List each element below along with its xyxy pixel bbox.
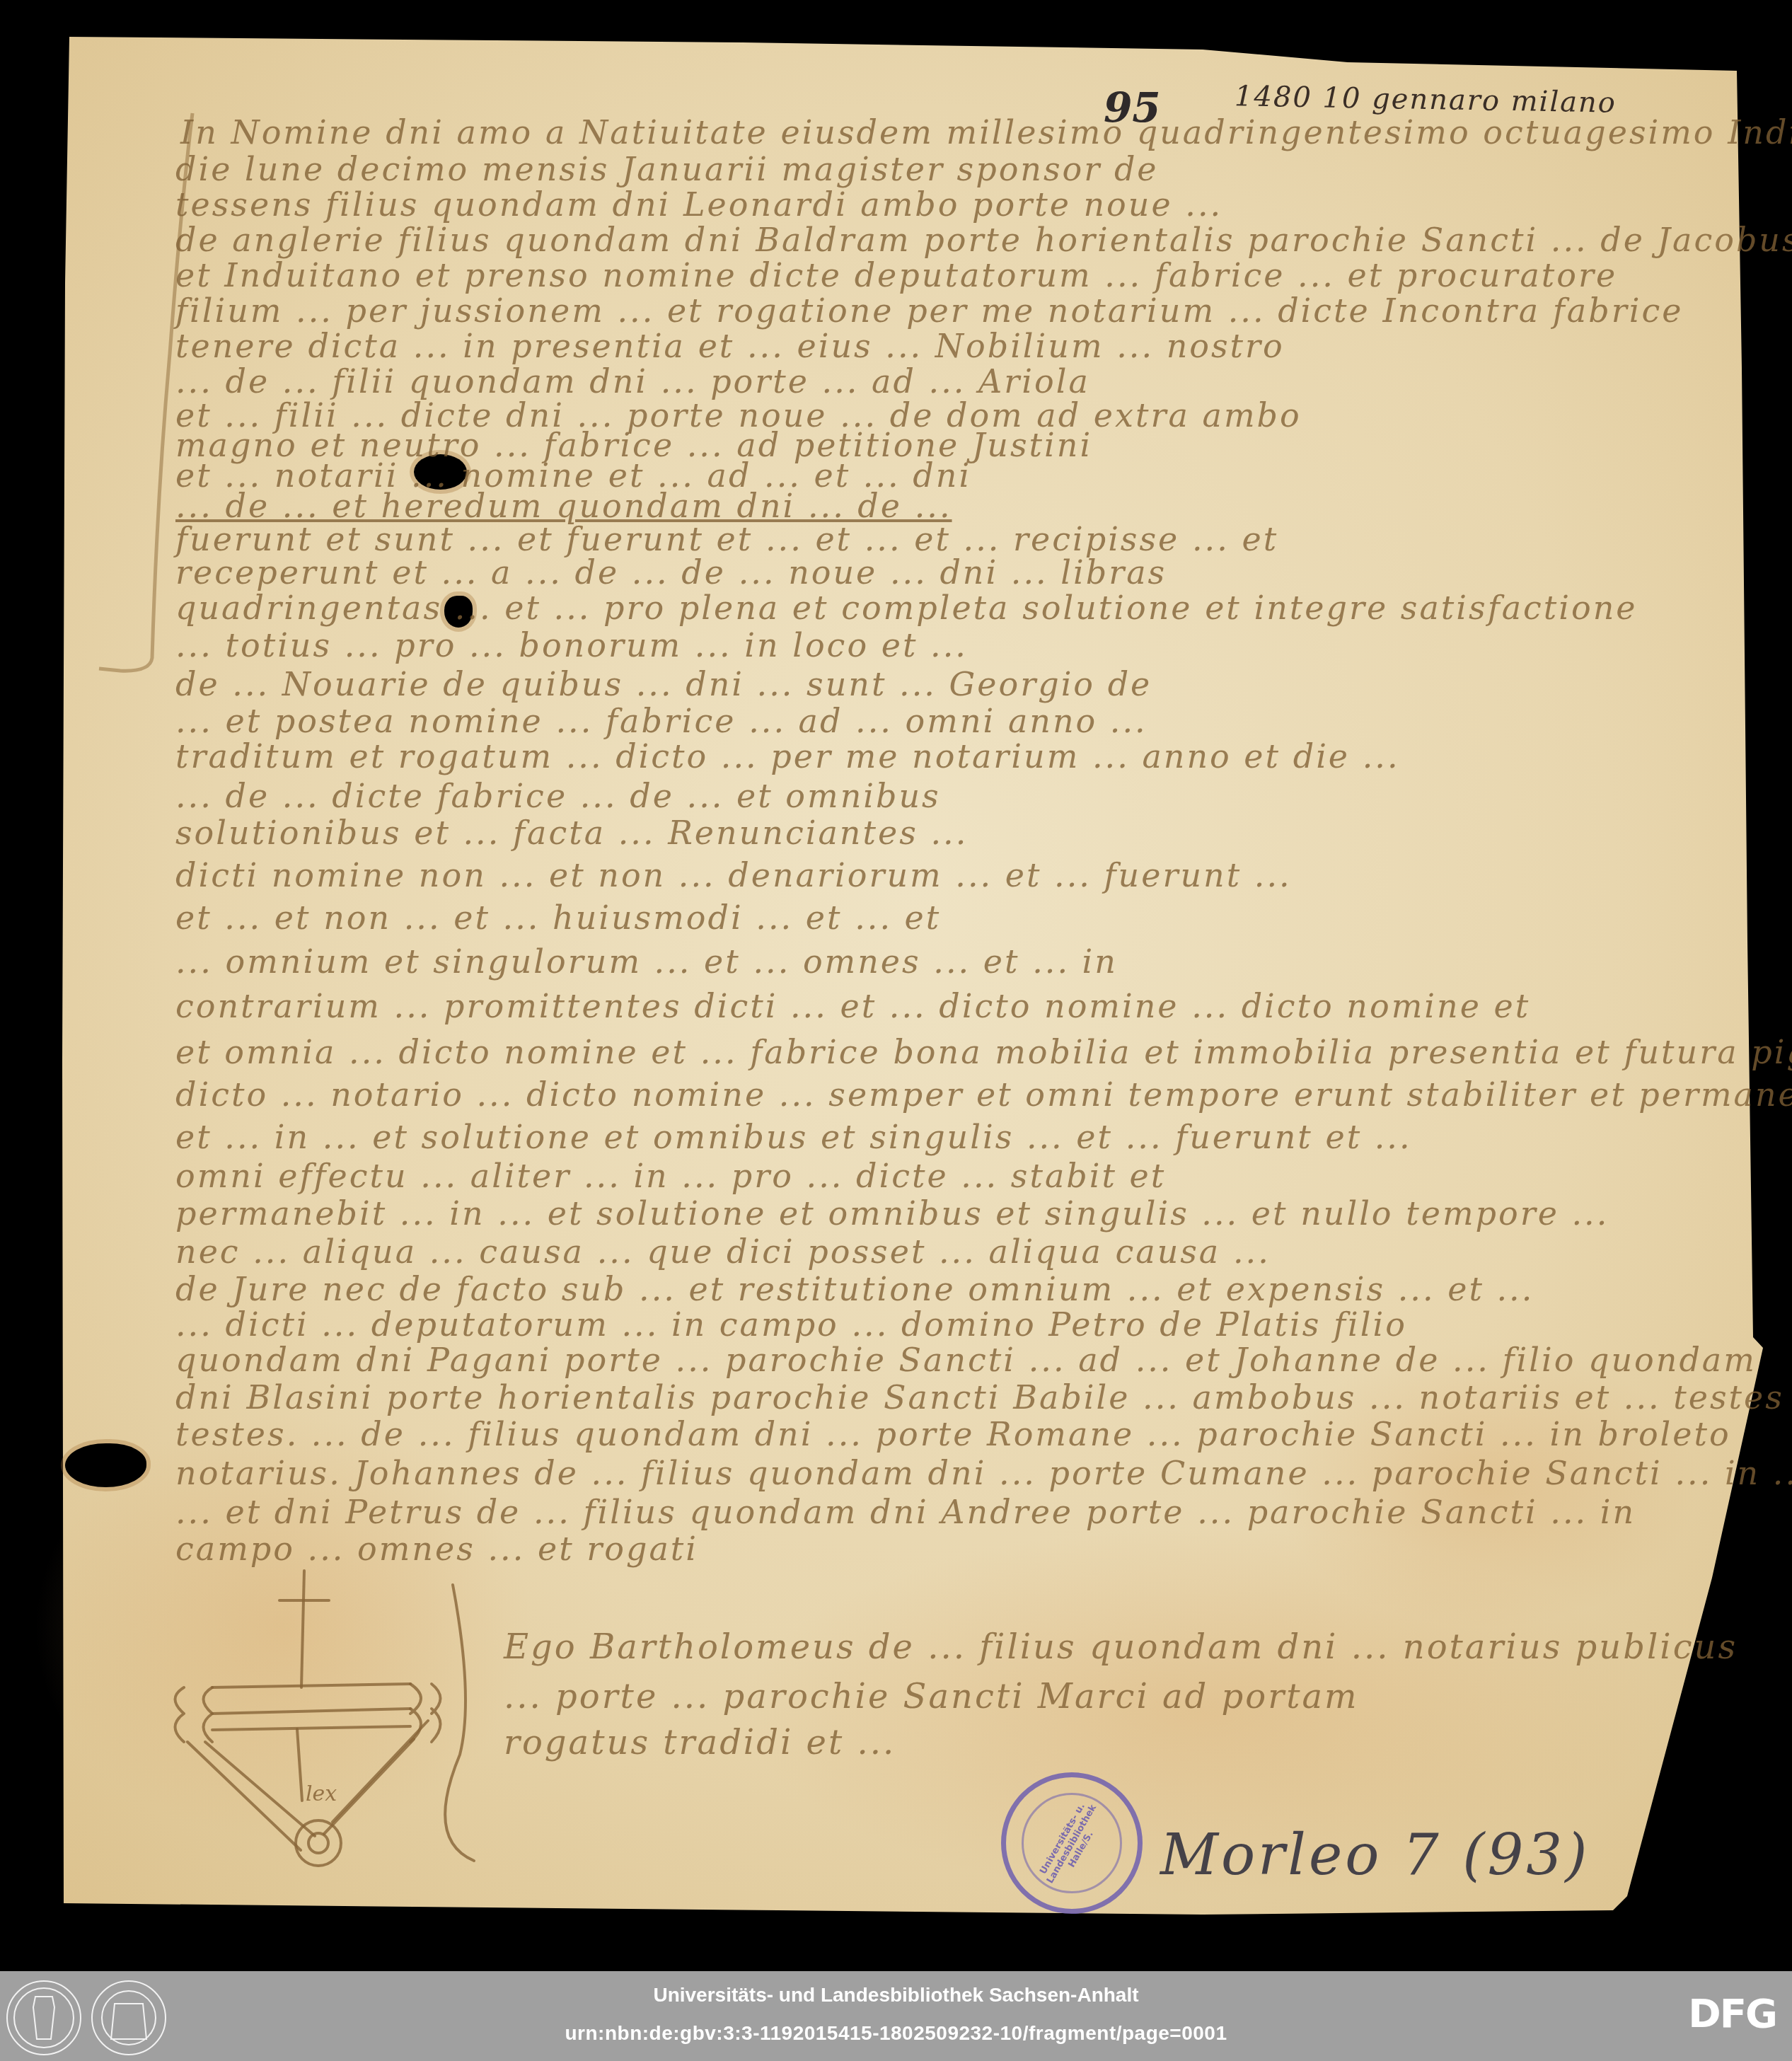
footer-bar: Universitäts- und Landesbibliothek Sachs… (0, 1971, 1792, 2061)
text-line: ... omnium et singulorum ... et ... omne… (175, 942, 1118, 981)
text-line: solutionibus et ... facta ... Renunciant… (175, 814, 968, 852)
text-line: et ... et non ... et ... huiusmodi ... e… (175, 899, 941, 937)
text-line: traditum et rogatum ... dicto ... per me… (175, 737, 1400, 775)
text-line: tenere dicta ... in presentia et ... eiu… (175, 327, 1285, 365)
text-line: testes. ... de ... filius quondam dni ..… (175, 1415, 1731, 1453)
text-line: et Induitano et prenso nomine dicte depu… (175, 256, 1617, 294)
institution-name: Universitäts- und Landesbibliothek Sachs… (0, 1984, 1792, 2007)
text-line: ... de ... et heredum quondam dni ... de… (175, 487, 952, 525)
text-line: ... et dni Petrus de ... filius quondam … (175, 1493, 1636, 1531)
text-line: et omnia ... dicto nomine et ... fabrice… (175, 1033, 1792, 1071)
text-line: die lune decimo mensis Januarii magister… (175, 150, 1159, 188)
notary-signum-icon: lex (141, 1557, 509, 1868)
text-line: de Jure nec de facto sub ... et restitut… (175, 1270, 1534, 1308)
urn-link[interactable]: urn:nbn:de:gbv:3:3-1192015415-1802509232… (0, 2022, 1792, 2045)
text-line: dicti nomine non ... et non ... denarior… (175, 856, 1292, 894)
text-line: receperunt et ... a ... de ... de ... no… (175, 553, 1167, 591)
text-line: fuerunt et sunt ... et fuerunt et ... et… (175, 520, 1278, 558)
text-line: permanebit ... in ... et solutione et om… (175, 1194, 1609, 1232)
text-line: notarius. Johannes de ... filius quondam… (175, 1454, 1792, 1492)
library-ownership-stamp: Universitäts- u. Landesbibliothek Halle/… (1001, 1772, 1143, 1914)
document-viewer: 95 1480 10 gennaro milano In Nomine dni … (0, 0, 1792, 1971)
shelfmark-annotation: Morleo 7 (93) (1160, 1822, 1590, 1888)
text-line: de anglerie filius quondam dni Baldram p… (175, 221, 1792, 259)
text-line: ... de ... dicte fabrice ... de ... et o… (175, 777, 941, 815)
text-line: ... dicti ... deputatorum ... in campo .… (175, 1305, 1407, 1344)
text-line: ... et postea nomine ... fabrice ... ad … (175, 702, 1148, 740)
notary-mark-letters: lex (306, 1782, 337, 1806)
text-line: quondam dni Pagani porte ... parochie Sa… (175, 1341, 1757, 1379)
signature-line: Ego Bartholomeus de ... filius quondam d… (504, 1627, 1738, 1667)
text-line: ... totius ... pro ... bonorum ... in lo… (175, 626, 968, 664)
signature-line: ... porte ... parochie Sancti Marci ad p… (504, 1677, 1359, 1716)
text-line: tessens filius quondam dni Leonardi ambo… (175, 185, 1222, 224)
text-line: dni Blasini porte horientalis parochie S… (175, 1378, 1784, 1416)
parchment-hole (65, 1443, 146, 1487)
text-line: filium ... per jussionem ... et rogation… (175, 291, 1683, 330)
text-line: quadringentas ... et ... pro plena et co… (175, 589, 1638, 627)
text-line: nec ... aliqua ... causa ... que dici po… (175, 1232, 1271, 1271)
text-line: omni effectu ... aliter ... in ... pro .… (175, 1157, 1166, 1195)
text-line: ... de ... filii quondam dni ... porte .… (175, 362, 1090, 400)
text-line: In Nomine dni amo a Natiuitate eiusdem m… (180, 113, 1792, 151)
text-line: et ... in ... et solutione et omnibus et… (175, 1118, 1412, 1156)
text-line: dicto ... notario ... dicto nomine ... s… (175, 1075, 1792, 1114)
text-line: de ... Nouarie de quibus ... dni ... sun… (175, 665, 1152, 703)
text-line: contrarium ... promittentes dicti ... et… (175, 987, 1530, 1025)
signature-line: rogatus tradidi et ... (504, 1723, 896, 1762)
dfg-logo: DFG (1688, 1991, 1776, 2037)
